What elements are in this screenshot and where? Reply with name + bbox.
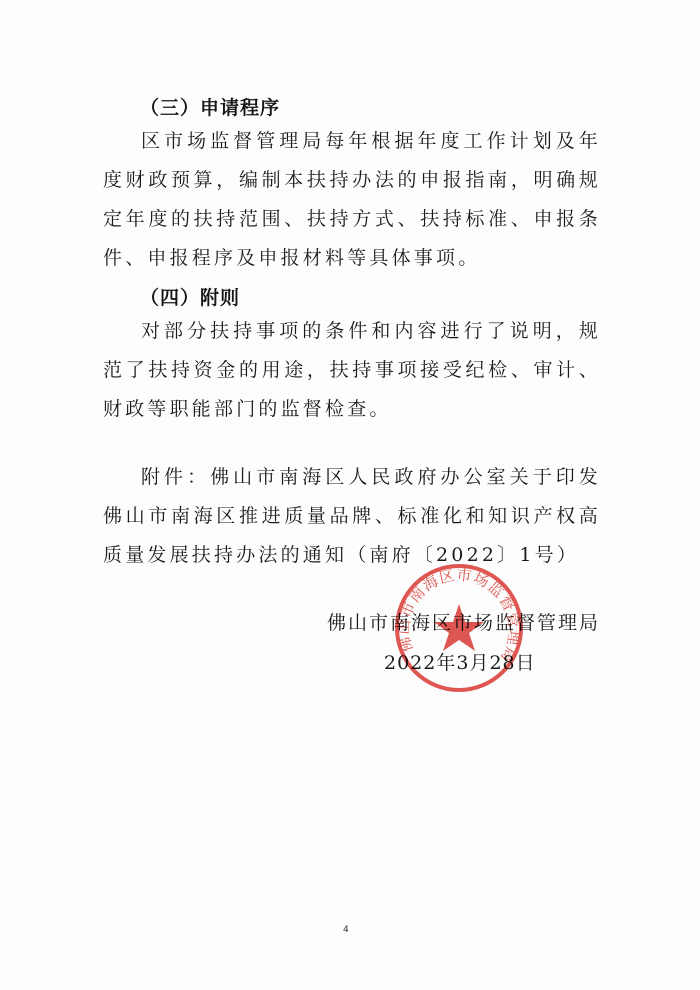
section-body-application-procedure: 区市场监督管理局每年根据年度工作计划及年度财政预算，编制本扶持办法的申报指南，明…: [103, 122, 601, 278]
attachment-note: 附件：佛山市南海区人民政府办公室关于印发佛山市南海区推进质量品牌、标准化和知识产…: [103, 458, 601, 575]
official-seal-icon: 佛山市南海区市场监督管理局: [393, 562, 525, 694]
document-page: （三）申请程序 区市场监督管理局每年根据年度工作计划及年度财政预算，编制本扶持办…: [0, 0, 700, 990]
section-heading-supplementary-provisions: （四）附则: [140, 283, 240, 310]
page-number: 4: [343, 925, 349, 935]
section-body-supplementary-provisions: 对部分扶持事项的条件和内容进行了说明，规范了扶持资金的用途，扶持事项接受纪检、审…: [103, 312, 601, 429]
section-heading-application-procedure: （三）申请程序: [140, 93, 280, 120]
